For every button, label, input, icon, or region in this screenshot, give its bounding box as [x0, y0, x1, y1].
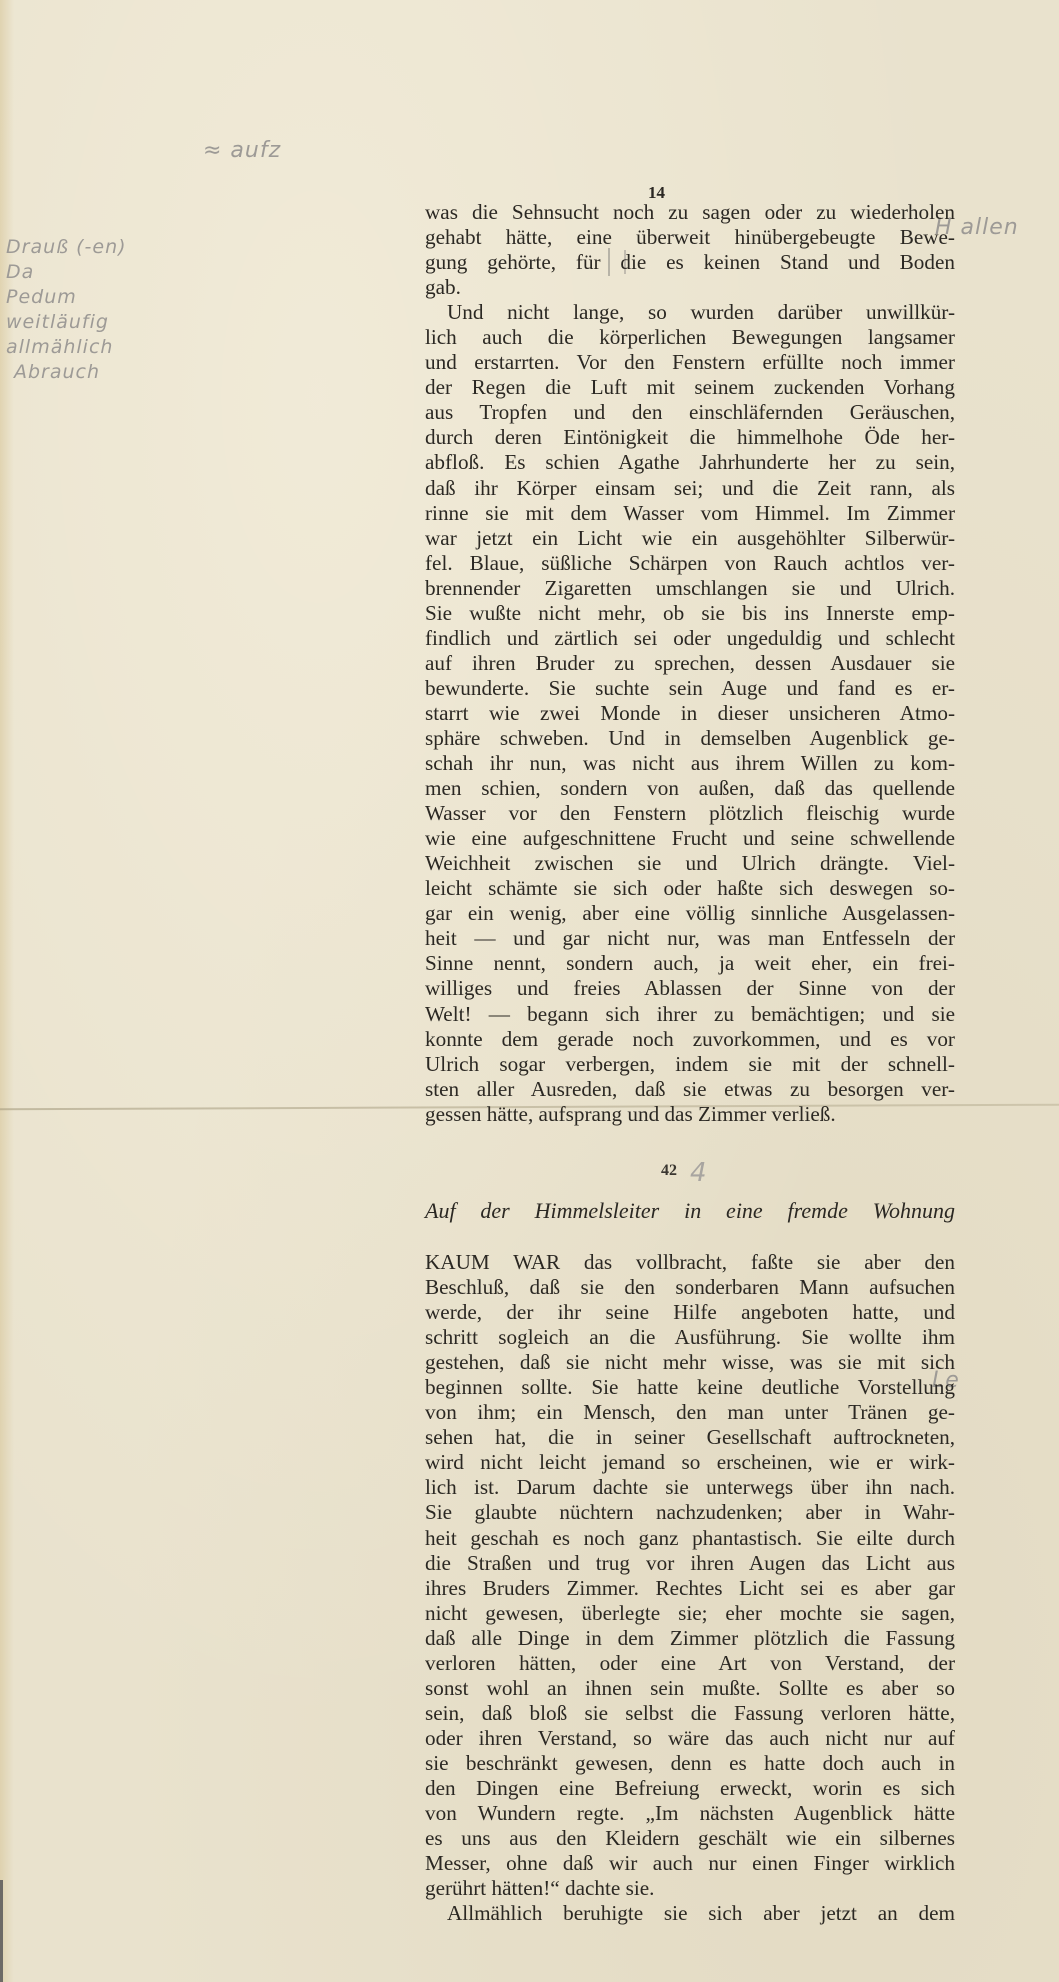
pencil-note: Abrauch [6, 360, 127, 385]
section-1-text: was die Sehnsucht noch zu sagen oder zu … [425, 200, 955, 1127]
text-line: heit geschah es noch ganz phantastisch. … [425, 1526, 955, 1551]
text-line: auf ihren Bruder zu sprechen, dessen Aus… [425, 651, 955, 676]
text-line: heit — und gar nicht nur, was man Entfes… [425, 926, 955, 951]
text-line: werde, der ihr seine Hilfe angeboten hat… [425, 1300, 955, 1325]
text-line: und erstarrten. Vor den Fenstern erfüllt… [425, 350, 955, 375]
text-line: gestehen, daß sie nicht mehr wisse, was … [425, 1350, 955, 1375]
text-line: starrt wie zwei Monde in dieser unsicher… [425, 701, 955, 726]
text-line: sphäre schweben. Und in demselben Augenb… [425, 726, 955, 751]
text-line: findlich und zärtlich sei oder ungeduldi… [425, 626, 955, 651]
text-line: gab. [425, 275, 955, 300]
text-line: Welt! — begann sich ihrer zu bemächtigen… [425, 1002, 955, 1027]
text-line: Und nicht lange, so wurden darüber unwil… [425, 300, 955, 325]
text-line: nicht gewesen, überlegte sie; eher mocht… [425, 1601, 955, 1626]
text-line: sonst wohl an ihnen sein mußte. Sollte e… [425, 1676, 955, 1701]
text-line: durch deren Eintönigkeit die himmelhohe … [425, 425, 955, 450]
pencil-note: Drauß (-en) [6, 235, 127, 260]
text-line: fel. Blaue, süßliche Schärpen von Rauch … [425, 551, 955, 576]
text-line: Sie glaubte nüchtern nachzudenken; aber … [425, 1500, 955, 1525]
text-line: sein, daß bloß sie selbst die Fassung ve… [425, 1701, 955, 1726]
pencil-note: Da [6, 260, 127, 285]
text-line: war jetzt ein Licht wie ein ausgehöhlter… [425, 526, 955, 551]
text-line: Wasser vor den Fenstern plötzlich fleisc… [425, 801, 955, 826]
pencil-annotation-top-left: ≈ aufz [203, 138, 281, 163]
pencil-annotation-left-margin: Drauß (-en) Da Pedum weitläufig allmähli… [6, 235, 127, 385]
text-line: ihres Bruders Zimmer. Rechtes Licht sei … [425, 1576, 955, 1601]
text-line: abfloß. Es schien Agathe Jahrhunderte he… [425, 450, 955, 475]
text-line: williges und freies Ablassen der Sinne v… [425, 976, 955, 1001]
text-line: was die Sehnsucht noch zu sagen oder zu … [425, 200, 955, 225]
text-line: schah ihr nun, was nicht aus ihrem Wille… [425, 751, 955, 776]
text-line: rinne sie mit dem Wasser vom Himmel. Im … [425, 501, 955, 526]
text-line: sehen hat, die in seiner Gesellschaft au… [425, 1425, 955, 1450]
text-line: gung gehörte, für die es keinen Stand un… [425, 250, 955, 275]
pencil-note: allmählich [6, 335, 127, 360]
pencil-note: weitläufig [6, 310, 127, 335]
text-line: von Wundern regte. „Im nächsten Augenbli… [425, 1801, 955, 1826]
text-line: verloren hätten, oder eine Art von Verst… [425, 1651, 955, 1676]
text-line: gessen hätte, aufsprang und das Zimmer v… [425, 1102, 955, 1127]
pencil-chapter-number: 4 [690, 1158, 707, 1188]
pencil-note: Pedum [6, 285, 127, 310]
text-line: gar ein wenig, aber eine völlig sinnlich… [425, 901, 955, 926]
text-line: wie eine aufgeschnittene Frucht und sein… [425, 826, 955, 851]
text-line: daß alle Dinge in dem Zimmer plötzlich d… [425, 1626, 955, 1651]
chapter-number: 42 [661, 1162, 677, 1180]
text-line: konnte dem gerade noch zuvorkommen, und … [425, 1027, 955, 1052]
text-line: Sie wußte nicht mehr, ob sie bis ins Inn… [425, 601, 955, 626]
text-line: bewunderte. Sie suchte sein Auge und fan… [425, 676, 955, 701]
text-line: der Regen die Luft mit seinem zuckenden … [425, 375, 955, 400]
chapter-title: Auf der Himmelsleiter in eine fremde Woh… [425, 1198, 955, 1224]
text-line: KAUM WAR das vollbracht, faßte sie aber … [425, 1250, 955, 1275]
text-line: Weichheit zwischen sie und Ulrich drängt… [425, 851, 955, 876]
text-line: oder ihren Verstand, so wäre das auch ni… [425, 1726, 955, 1751]
text-line: Beschluß, daß sie den sonderbaren Mann a… [425, 1275, 955, 1300]
text-line: brennender Zigaretten umschlangen sie un… [425, 576, 955, 601]
text-line: men schien, sondern von außen, daß das q… [425, 776, 955, 801]
text-line: daß ihr Körper einsam sei; und die Zeit … [425, 476, 955, 501]
text-line: Messer, ohne daß wir auch nur einen Fing… [425, 1851, 955, 1876]
text-line: Sinne nennt, sondern auch, ja weit eher,… [425, 951, 955, 976]
text-line: leicht schämte sie sich oder haßte sich … [425, 876, 955, 901]
text-line: sten aller Ausreden, daß sie etwas zu be… [425, 1077, 955, 1102]
text-line: gehabt hätte, eine überweit hinübergebeu… [425, 225, 955, 250]
text-line: Ulrich sogar verbergen, indem sie mit de… [425, 1052, 955, 1077]
text-line: die Straßen und trug vor ihren Augen das… [425, 1551, 955, 1576]
text-line: den Dingen eine Befreiung erweckt, worin… [425, 1776, 955, 1801]
text-line: schritt sogleich an die Ausführung. Sie … [425, 1325, 955, 1350]
text-line: gerührt hätten!“ dachte sie. [425, 1876, 955, 1901]
text-line: aus Tropfen und den einschläfernden Gerä… [425, 400, 955, 425]
text-line: beginnen sollte. Sie hatte keine deutlic… [425, 1375, 955, 1400]
scan-border [0, 1880, 3, 1982]
text-line: sie beschränkt gewesen, denn es hatte do… [425, 1751, 955, 1776]
text-line: von ihm; ein Mensch, den man unter Träne… [425, 1400, 955, 1425]
text-line: lich ist. Darum dachte sie unterwegs übe… [425, 1475, 955, 1500]
text-line: es uns aus den Kleidern geschält wie ein… [425, 1826, 955, 1851]
text-line: Allmählich beruhigte sie sich aber jetzt… [425, 1901, 955, 1926]
section-2-text: KAUM WAR das vollbracht, faßte sie aber … [425, 1250, 955, 1926]
text-line: wird nicht leicht jemand so erscheinen, … [425, 1450, 955, 1475]
text-line: lich auch die körperlichen Bewegungen la… [425, 325, 955, 350]
